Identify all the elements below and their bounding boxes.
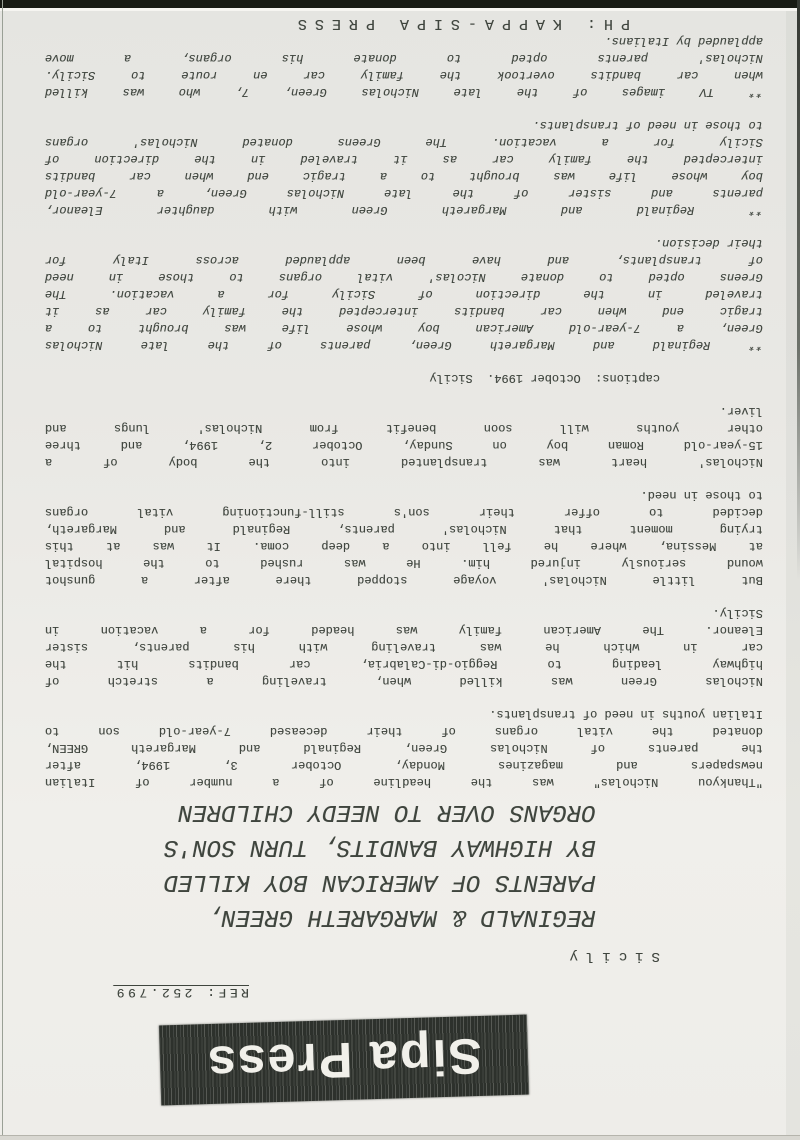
text-line: Nicholas Green was killed when, travelin… (45, 672, 763, 689)
text-line: of transplants, and have been applauded … (45, 251, 763, 268)
text-line: to those in need of transplants. (45, 116, 763, 133)
text-line: Sicily. (45, 604, 763, 621)
reference-number: REF: 252.799 (113, 985, 249, 1000)
text-line: the parents of Nicholas Green, Reginald … (45, 739, 763, 756)
body-paragraph-2: Nicholas Green was killed when, travelin… (45, 604, 763, 689)
text-line: applauded by Italians. (45, 32, 763, 49)
caption-paragraph-1: ** Reginald and Margareth Green, parents… (45, 234, 763, 353)
text-line: parents and sister of the late Nicholas … (45, 184, 763, 201)
text-line: other youths will soon benefit from Nich… (45, 419, 763, 436)
scan-left-edge-line (2, 0, 3, 1140)
body-paragraph-1: "Thankyou Nicholas" was the headline of … (45, 705, 763, 790)
sipa-press-logo-text: Sipa Press (205, 1027, 482, 1093)
scanned-press-caption-sheet: Sipa Press REF: 252.799 Sicily REGINALD … (0, 0, 800, 1140)
scan-bottom-edge (0, 1135, 800, 1140)
text-line: donated the vital organs of their deceas… (45, 722, 763, 739)
sipa-press-logo: Sipa Press (159, 1015, 529, 1106)
text-line: at Messina, where he fell into a deep co… (45, 537, 763, 554)
upside-down-page: Sipa Press REF: 252.799 Sicily REGINALD … (0, 0, 800, 1140)
text-line: Eleanor. The American family was headed … (45, 621, 763, 638)
text-line: to those in need. (45, 486, 763, 503)
caption-paragraph-3: ** TV images of the late Nicholas Green,… (45, 32, 763, 100)
headline-line: ORGANS OVER TO NEEDY CHILDREN (164, 794, 596, 829)
headline: REGINALD & MARGARETH GREEN, PARENTS OF A… (164, 794, 596, 934)
headline-line: PARENTS OF AMERICAN BOY KILLED (164, 864, 596, 899)
text-column: "Thankyou Nicholas" was the headline of … (45, 16, 763, 790)
caption-paragraph-2: ** Reginald and Margareth Green with dau… (45, 116, 763, 218)
text-line: traveled in the direction of Sicily for … (45, 285, 763, 302)
text-line: ** TV images of the late Nicholas Green,… (45, 83, 763, 100)
text-line: car in which he was traveling with his p… (45, 638, 763, 655)
text-line: Greens opted to donate Nicolas' vital or… (45, 268, 763, 285)
text-line: intercepted the family car as it travele… (45, 150, 763, 167)
text-line: Nicholas' parents opted to donate his or… (45, 49, 763, 66)
text-line: ** Reginald and Margareth Green with dau… (45, 201, 763, 218)
text-line: highway leading to Reggio-di-Calabria, c… (45, 655, 763, 672)
text-line: ** Reginald and Margareth Green, parents… (45, 336, 763, 353)
dateline: Sicily (562, 948, 660, 964)
headline-line: REGINALD & MARGARETH GREEN, (164, 899, 596, 934)
body-paragraph-3: But little Nicholas' voyage stopped ther… (45, 486, 763, 588)
text-line: 15-year-old Roman boy on Sunday, October… (45, 436, 763, 453)
photographer-credit: PH: KAPPA-SIPA PRESS (290, 15, 630, 32)
text-line: Green, a 7-year-old American boy whose l… (45, 319, 763, 336)
captions-heading: captions: October 1994. Sicily (45, 369, 660, 386)
text-line: boy whose life was brought to a tragic e… (45, 167, 763, 184)
text-line: Italian youths in need of transplants. (45, 705, 763, 722)
text-line: "Thankyou Nicholas" was the headline of … (45, 773, 763, 790)
text-line: newspapers and magazines Monday, October… (45, 756, 763, 773)
text-line: trying moment that Nicholas' parents, Re… (45, 520, 763, 537)
text-line: But little Nicholas' voyage stopped ther… (45, 571, 763, 588)
text-line: decided to offer their son's still-funct… (45, 503, 763, 520)
text-line: Nicholas' heart was transplanted into th… (45, 453, 763, 470)
text-line: their decision. (45, 234, 763, 251)
text-line: tragic end when car bandits intercepted … (45, 302, 763, 319)
text-line: when car bandits overtook the family car… (45, 66, 763, 83)
body-paragraph-4: Nicholas' heart was transplanted into th… (45, 402, 763, 470)
text-line: liver. (45, 402, 763, 419)
text-line: Sicily for a vacation. The Greens donate… (45, 133, 763, 150)
scan-paper-edge (0, 8, 800, 11)
headline-line: BY HIGHWAY BANDITS, TURN SON'S (164, 829, 596, 864)
scan-top-bar (0, 0, 800, 8)
text-line: wound seriously injured him. He was rush… (45, 554, 763, 571)
